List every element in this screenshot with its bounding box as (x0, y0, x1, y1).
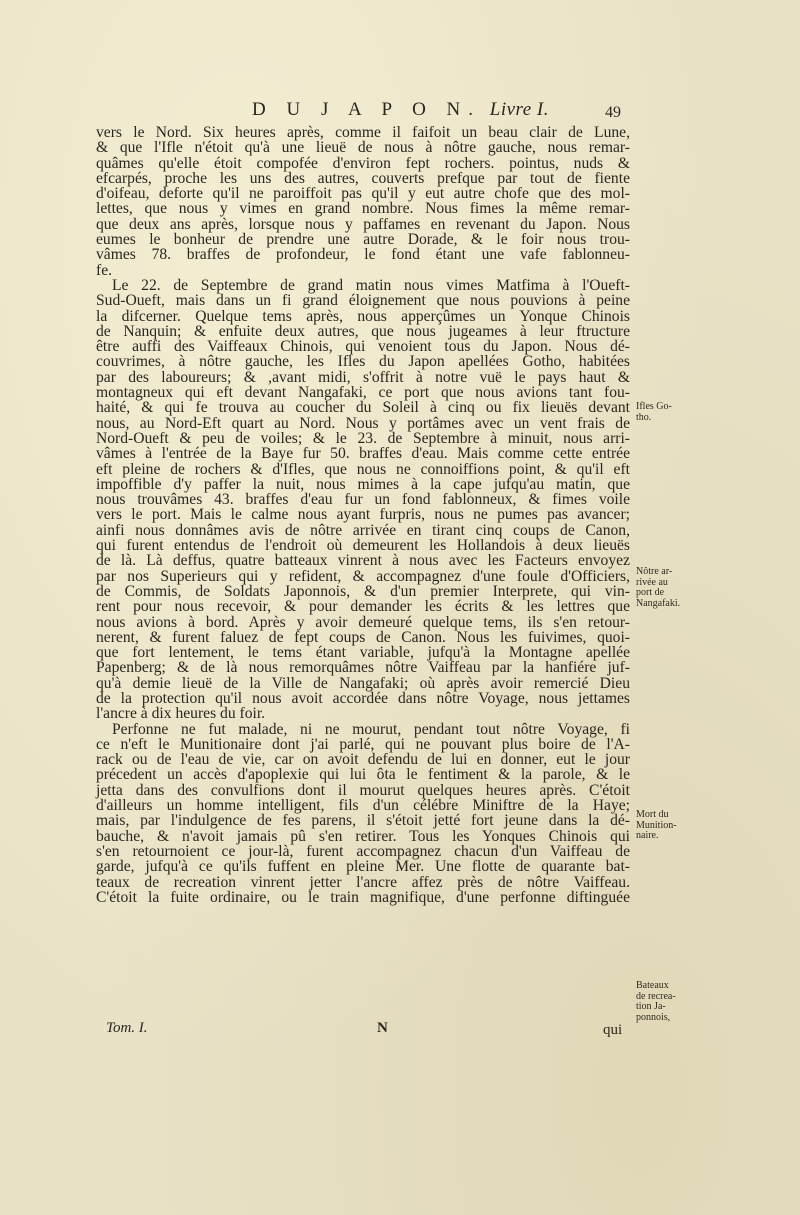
text-line: vers le port. Mais le calme nous ayant f… (96, 507, 630, 522)
text-line: nous avions à bord. Après y avoir demeur… (96, 615, 630, 630)
text-line: vers le Nord. Six heures après, comme il… (96, 125, 630, 140)
text-line: s'en retournoient ce jour-là, furent acc… (96, 844, 630, 859)
margin-note: Bateaux de recrea- tion Ja- ponnois, (636, 981, 706, 1023)
text-line: rent pour nous recevoir, & pour demander… (96, 599, 630, 614)
text-line: haité, & qui fe trouva au coucher du Sol… (96, 400, 630, 415)
text-line: nous, au Nord-Eft quart au Nord. Nous y … (96, 416, 630, 431)
text-line: montagneux qui eft devant Nangafaki, ce … (96, 385, 630, 400)
footer-signature: Tom. I. (106, 1020, 148, 1037)
text-line: nous trouvâmes 43. braffes d'eau fur un … (96, 492, 630, 507)
text-line: efcarpés, proche les uns des autres, cou… (96, 171, 630, 186)
text-line: Sud-Oueft, mais dans un fi grand éloigne… (96, 293, 630, 308)
text-line: ce n'eft le Munitionaire dont j'ai parlé… (96, 737, 630, 752)
running-head-title: D U J A P O N. (252, 99, 481, 120)
text-line: teaux de recreation vinrent jetter l'anc… (96, 875, 630, 890)
text-line: lettes, que nous y vimes en grand nombre… (96, 201, 630, 216)
text-line: par nos Superieurs qui y refident, & acc… (96, 569, 630, 584)
text-line: d'oifeau, deforte qu'il ne paroiffoit pa… (96, 186, 630, 201)
text-line: être auffi des Vaiffeaux Chinois, qui ve… (96, 339, 630, 354)
text-line: nerent, & furent faluez de fept coups de… (96, 630, 630, 645)
text-line: & que l'Ifle n'étoit qu'à une lieuë de n… (96, 140, 630, 155)
body-text: vers le Nord. Six heures après, comme il… (96, 125, 630, 905)
book-page: D U J A P O N. Livre I. 49 vers le Nord.… (0, 0, 800, 1215)
text-line: Perfonne ne fut malade, ni ne mourut, pe… (96, 722, 630, 737)
text-line: rack ou de l'eau de vie, car on avoit de… (96, 752, 630, 767)
text-line: ainfi nous donnâmes avis de nôtre arrivé… (96, 523, 630, 538)
text-line: que deux ans après, lorsque nous y paffa… (96, 217, 630, 232)
text-line: d'ailleurs un homme intelligent, fils d'… (96, 798, 630, 813)
text-line: par des laboureurs; & ,avant midi, s'off… (96, 370, 630, 385)
text-line: la difcerner. Quelque tems après, nous a… (96, 309, 630, 324)
text-line: impoffible d'y paffer la nuit, nous mime… (96, 477, 630, 492)
footer-catchword: qui (603, 1022, 622, 1039)
text-line: bauche, & n'avoit jamais pû s'en retirer… (96, 829, 630, 844)
page-number: 49 (605, 103, 621, 123)
text-line: eumes le bonheur de prendre une autre Do… (96, 232, 630, 247)
text-line: quâmes qu'elle étoit compofée d'environ … (96, 156, 630, 171)
text-line: qui furent entendus de l'endroit où deme… (96, 538, 630, 553)
margin-note: Nôtre ar- rivée au port de Nangafaki. (636, 567, 706, 609)
running-head-book: Livre I. (490, 99, 549, 120)
text-line: mais, par l'indulgence de fes parens, il… (96, 813, 630, 828)
text-line: l'ancre à dix heures du foir. (96, 706, 630, 721)
text-line: vâmes à l'entrée de la Baye fur 50. braf… (96, 446, 630, 461)
text-line: couvrimes, à nôtre gauche, les Ifles du … (96, 354, 630, 369)
text-line: de Commis, de Soldats Japonnois, & d'un … (96, 584, 630, 599)
text-line: Nord-Oueft & peu de voiles; & le 23. de … (96, 431, 630, 446)
text-line: de là. Là deffus, quatre batteaux vinren… (96, 553, 630, 568)
running-head: D U J A P O N. Livre I. (252, 98, 612, 122)
text-line: de Nanquin; & enfuite deux autres, que n… (96, 324, 630, 339)
text-line: C'étoit la fuite ordinaire, ou le train … (96, 890, 630, 905)
text-line: Le 22. de Septembre de grand matin nous … (96, 278, 630, 293)
text-line: qu'à demie lieuë de la Ville de Nangafak… (96, 676, 630, 691)
margin-note: Ifles Go- tho. (636, 402, 706, 423)
text-line: vâmes 78. braffes de profondeur, le fond… (96, 247, 630, 262)
text-line: fe. (96, 263, 630, 278)
margin-note: Mort du Munition- naire. (636, 810, 706, 842)
text-line: Papenberg; & de là nous remorquâmes nôtr… (96, 660, 630, 675)
footer-sheet-letter: N (377, 1020, 388, 1037)
text-line: jetta dans des convulfions dont il mouru… (96, 783, 630, 798)
text-line: de la protection qu'il nous avoit accord… (96, 691, 630, 706)
text-line: précedent un accès d'apoplexie qui lui ô… (96, 767, 630, 782)
text-line: que fort lentement, le tems étant variab… (96, 645, 630, 660)
text-line: garde, jufqu'à ce qu'ils fuffent en plei… (96, 859, 630, 874)
text-line: eft pleine de rochers & d'Ifles, que nou… (96, 462, 630, 477)
